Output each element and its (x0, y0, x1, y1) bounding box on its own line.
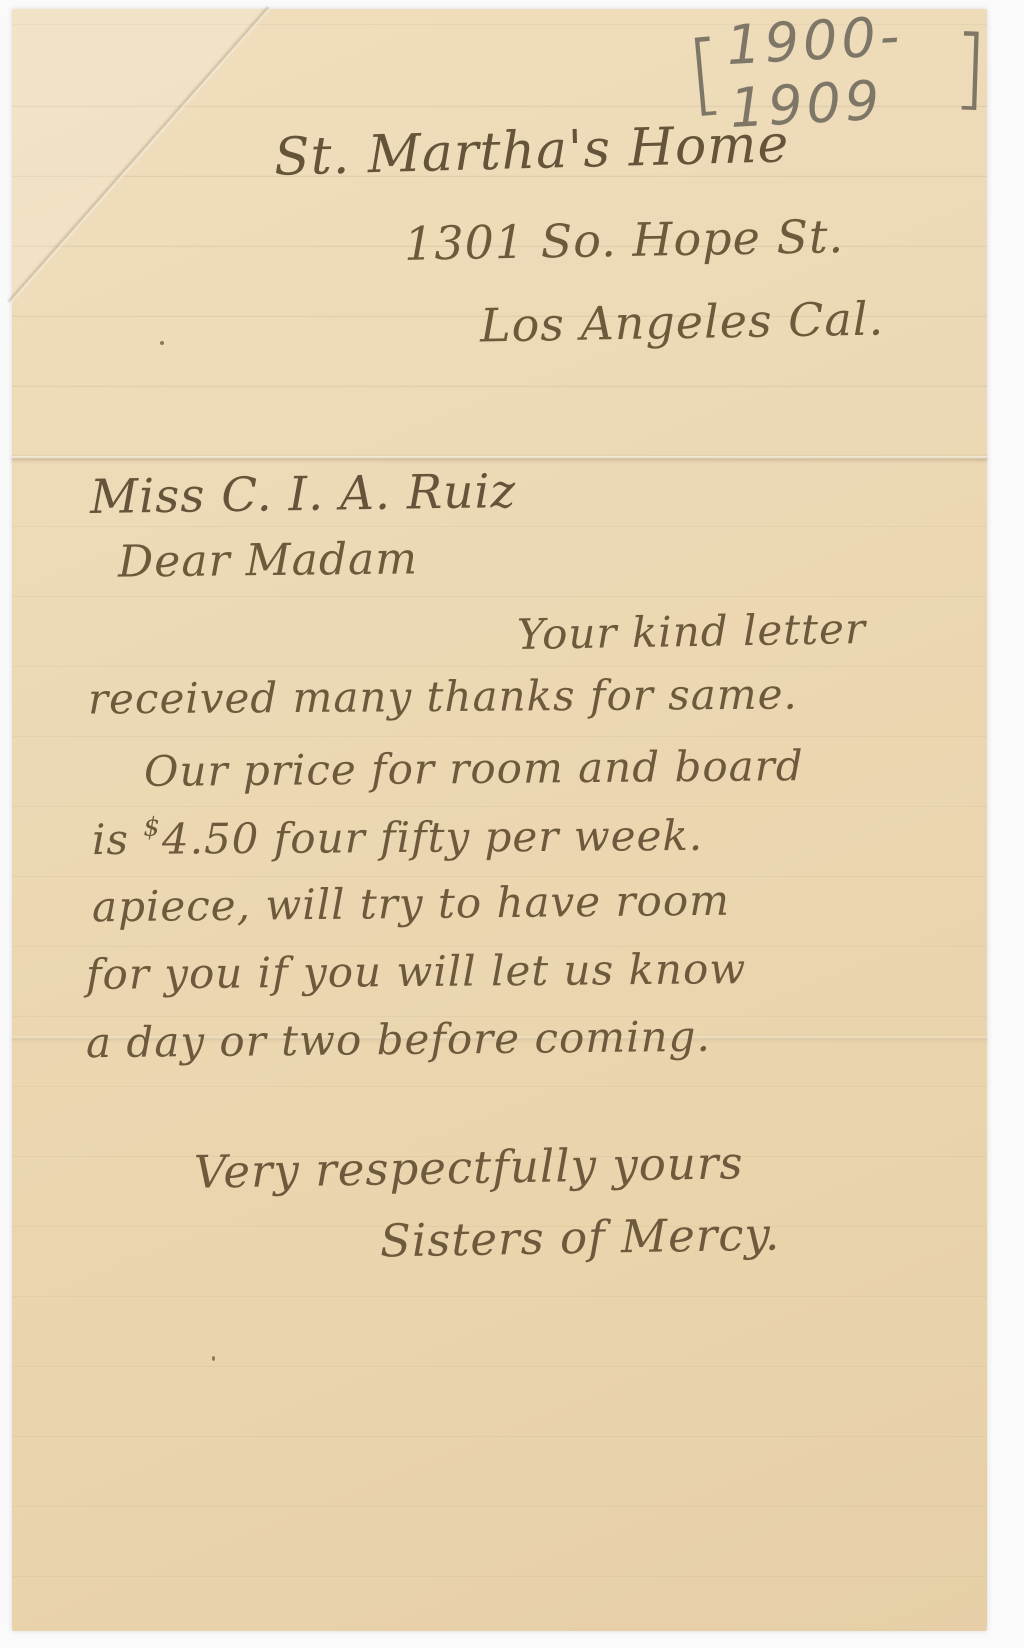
folded-corner (12, 9, 272, 304)
ink-speck (212, 1356, 215, 1361)
archival-date-annotation: [ 1900-1909 ] (687, 20, 988, 122)
pencil-bracket-close: ] (951, 23, 988, 114)
pencil-bracket-open: [ (684, 27, 726, 120)
signature: Sisters of Mercy. (380, 1208, 781, 1268)
body-line-3: Our price for room and board (144, 741, 804, 796)
letterhead-street-address: 1301 So. Hope St. (404, 209, 845, 271)
body-line-6: for you if you will let us know (86, 944, 747, 999)
horizontal-fold-crease-upper (12, 456, 987, 460)
body-line-7: a day or two before coming. (86, 1012, 711, 1068)
letterhead-institution: St. Martha's Home (273, 114, 790, 187)
body-line-5: apiece, will try to have room (92, 876, 730, 932)
diagonal-fold-crease (9, 7, 270, 303)
body-line-1: Your kind letter (517, 604, 867, 659)
body-line-4-pre: is (92, 815, 144, 864)
body-line-2: received many thanks for same. (88, 670, 798, 724)
recipient-name: Miss C. I. A. Ruiz (90, 464, 517, 525)
scanned-letter: [ 1900-1909 ] St. Martha's Home 1301 So.… (0, 0, 1024, 1648)
dollar-sign: $ (143, 813, 160, 843)
body-line-4-rest: 4.50 four fifty per week. (162, 811, 704, 864)
valediction: Very respectfully yours (194, 1136, 744, 1199)
body-line-4: is $4.50 four fifty per week. (92, 809, 704, 864)
letterhead-city: Los Angeles Cal. (480, 291, 885, 352)
letter-paper: [ 1900-1909 ] St. Martha's Home 1301 So.… (12, 9, 987, 1631)
ink-speck (160, 341, 164, 345)
greeting: Dear Madam (118, 533, 419, 587)
